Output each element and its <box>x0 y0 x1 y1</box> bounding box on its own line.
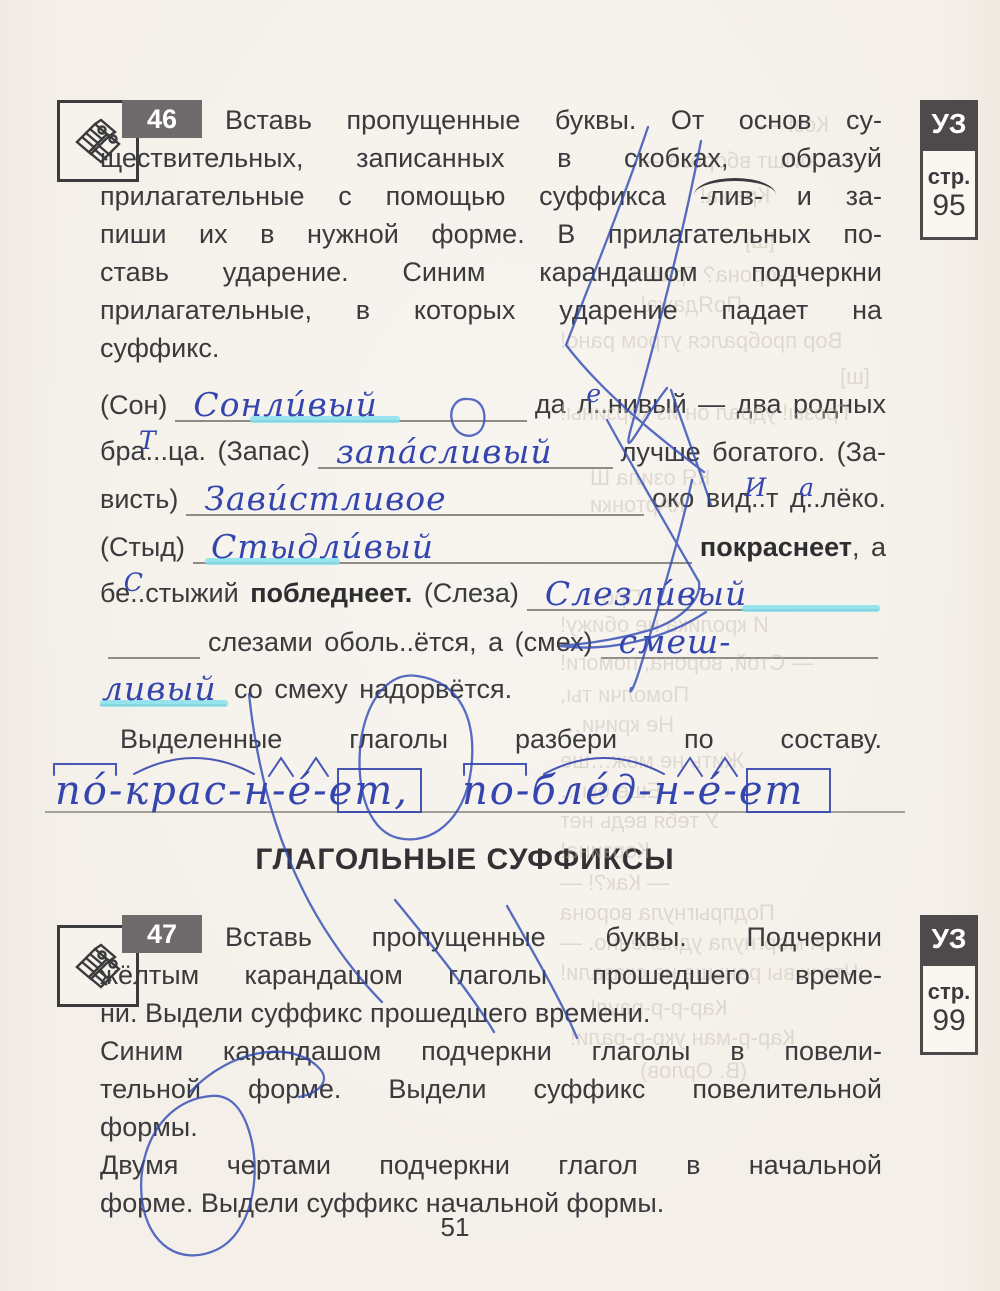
cloze-text-part: ..ца. (Запас) <box>153 436 310 466</box>
handwritten-answer: смеш- <box>619 622 732 661</box>
margin-ref-page: стр. 99 <box>920 963 978 1055</box>
bleedthrough-line: — Как?! — <box>560 870 669 896</box>
cloze-line: (Стыд) Стыдли́вый покраснеет, а <box>100 530 886 564</box>
cloze-text: слезами оболь..ётся, а (смех) <box>208 625 593 659</box>
answer-blank: Сонли́вый <box>175 420 526 422</box>
bold-verb: побледнеет. <box>250 578 412 608</box>
handwritten-parse-word1: по́-крас-н-е́-ет, <box>55 768 409 814</box>
cloze-label: (Стыд) <box>100 530 185 564</box>
cloze-text: лучше богатого. (За- <box>621 435 886 469</box>
ex46-instruction-line: ставь ударение. Синим карандашом подчерк… <box>100 255 882 289</box>
ex47-instruction-line: Синим карандашом подчеркни глаголы в пов… <box>100 1034 882 1068</box>
ex47-instruction-line: формы. <box>100 1110 882 1144</box>
ex46-task2: Выделенные глаголы разбери по составу. <box>100 722 882 756</box>
bleedthrough-line: Грозы! удрал он из корзины! <box>560 400 849 426</box>
handwritten-answer: Сонли́вый <box>193 385 377 424</box>
cloze-label: (Сон) <box>100 388 167 422</box>
cloze-text: бра.Т..ца. (Запас) <box>100 434 310 469</box>
margin-ref-tag: УЗ <box>920 915 978 963</box>
bleedthrough-line: Корзина! <box>560 838 650 864</box>
cloze-text: бе.С.стыжий побледнеет. (Слеза) <box>100 576 519 611</box>
ex47-instruction-line: жёлтым карандашом глаголы прошедшего вре… <box>100 958 882 992</box>
handwritten-answer: ливый <box>102 669 217 708</box>
margin-ref-page-number: 95 <box>932 189 965 223</box>
ex47-instruction-line: Двумя чертами подчеркни глагол в начальн… <box>100 1148 882 1182</box>
margin-ref-page-number: 99 <box>932 1004 965 1038</box>
handwritten-answer: Слезли́вый <box>545 574 747 613</box>
answer-blank: Стыдли́вый <box>193 562 692 564</box>
ex46-instruction-line: пиши их в нужной форме. В прилагательных… <box>100 217 882 251</box>
ex46-instruction-line: Вставь пропущенные буквы. От основ су- <box>100 103 882 137</box>
margin-ref-page-label: стр. <box>928 165 971 189</box>
highlight-cyan <box>742 605 880 612</box>
section-title: ГЛАГОЛЬНЫЕ СУФФИКСЫ <box>60 843 870 877</box>
cloze-text: покраснеет, а <box>700 530 886 564</box>
handwritten-answer: Стыдли́вый <box>211 527 434 566</box>
cloze-text: со смеху надорвётся. <box>234 672 512 706</box>
bleedthrough-line: КАртонки <box>590 492 685 518</box>
ex46-instruction-line: ществительных, записанных в скобках, обр… <box>100 141 882 175</box>
ex47-instruction-line: ни. Выдели суффикс прошедшего времени. <box>100 996 882 1030</box>
ex47-instruction-line: тельной форме. Выдели суффикс повелитель… <box>100 1072 882 1106</box>
bleedthrough-line: [ш] <box>840 364 870 390</box>
cloze-text-part: , а <box>852 532 886 562</box>
cloze-text-part: (Слеза) <box>424 578 519 608</box>
bold-verb: покраснеет <box>700 532 852 562</box>
ex47-instruction-line: форме. Выдели суффикс начальной формы. <box>100 1186 882 1220</box>
bleedthrough-line: Помолчи ты, <box>560 682 689 708</box>
answer-blank: Зави́стливое <box>186 514 644 516</box>
handwritten-answer: Зави́стливое <box>204 479 446 518</box>
answer-blank <box>108 657 200 659</box>
cloze-text-part: .стыжий <box>138 578 239 608</box>
margin-ref-page: стр. 95 <box>920 148 978 240</box>
ex46-instruction-line: суффикс. <box>100 331 882 365</box>
ex46-instruction-line: прилагательные, в которых ударение падае… <box>100 293 882 327</box>
answer-blank: ливый <box>100 704 226 706</box>
cloze-line: бра.Т..ца. (Запас) запа́сливый лучше бог… <box>100 435 886 469</box>
answer-blank: запа́сливый <box>318 467 613 469</box>
margin-ref-page-label: стр. <box>928 980 971 1004</box>
bleedthrough-line: КЯ озила Ш <box>590 465 711 491</box>
handwritten-parse-word2: по-бле́д-н-е́-ет <box>462 768 804 814</box>
margin-ref-tag: УЗ <box>920 100 978 148</box>
cloze-line: висть) Зави́стливое око вид.И.т д.а.лёко… <box>100 482 886 516</box>
cloze-label: висть) <box>100 482 178 516</box>
cloze-text-part: .лёко. <box>813 483 886 513</box>
ex47-instruction-line: Вставь пропущенные буквы. Подчеркни <box>100 920 882 954</box>
workbook-page: Коз! — юИшт вбороза — Кража! [ш] Чворона… <box>0 0 1000 1291</box>
handwritten-answer: запа́сливый <box>336 432 553 471</box>
